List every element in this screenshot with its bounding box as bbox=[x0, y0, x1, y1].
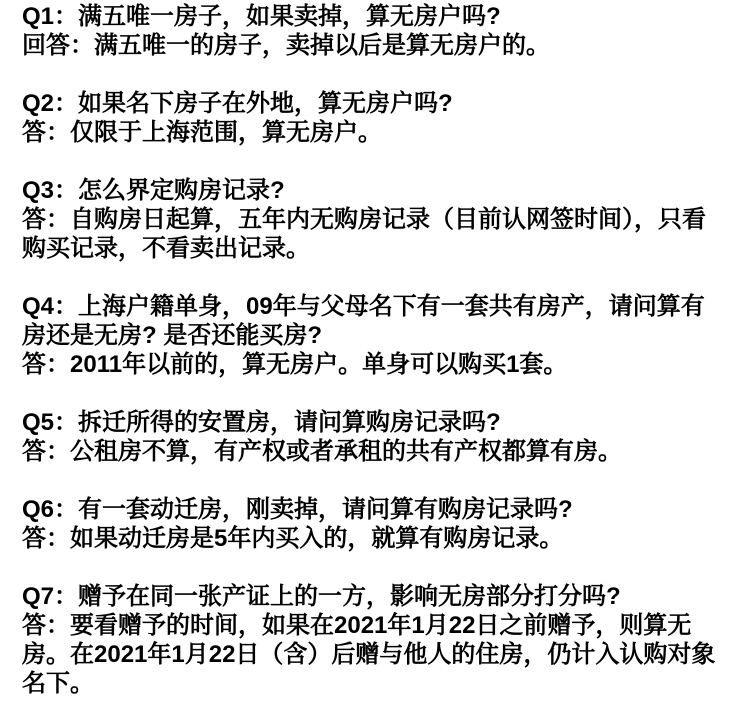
qa-block: Q7：赠予在同一张产证上的一方，影响无房部分打分吗? 答：要看赠予的时间，如果在… bbox=[22, 582, 716, 698]
qa-block: Q2：如果名下房子在外地，算无房户吗? 答：仅限于上海范围，算无房户。 bbox=[22, 89, 716, 147]
answer-text: 答：要看赠予的时间，如果在2021年1月22日之前赠予，则算无房。在2021年1… bbox=[22, 611, 716, 698]
question-text: Q3：怎么界定购房记录? bbox=[22, 176, 716, 205]
question-text: Q1：满五唯一房子，如果卖掉，算无房户吗? bbox=[22, 2, 716, 31]
answer-text: 答：仅限于上海范围，算无房户。 bbox=[22, 118, 716, 147]
qa-block: Q6：有一套动迁房，刚卖掉，请问算有购房记录吗? 答：如果动迁房是5年内买入的，… bbox=[22, 495, 716, 553]
qa-block: Q3：怎么界定购房记录? 答：自购房日起算，五年内无购房记录（目前认网签时间），… bbox=[22, 176, 716, 263]
answer-text: 答：自购房日起算，五年内无购房记录（目前认网签时间），只看购买记录，不看卖出记录… bbox=[22, 205, 716, 263]
qa-block: Q4：上海户籍单身，09年与父母名下有一套共有房产，请问算有房还是无房? 是否还… bbox=[22, 292, 716, 379]
question-text: Q2：如果名下房子在外地，算无房户吗? bbox=[22, 89, 716, 118]
answer-text: 答：公租房不算，有产权或者承租的共有产权都算有房。 bbox=[22, 437, 716, 466]
qa-document: Q1：满五唯一房子，如果卖掉，算无房户吗? 回答：满五唯一的房子，卖掉以后是算无… bbox=[0, 0, 740, 728]
answer-text: 回答：满五唯一的房子，卖掉以后是算无房户的。 bbox=[22, 31, 716, 60]
qa-block: Q5：拆迁所得的安置房，请问算购房记录吗? 答：公租房不算，有产权或者承租的共有… bbox=[22, 408, 716, 466]
question-text: Q7：赠予在同一张产证上的一方，影响无房部分打分吗? bbox=[22, 582, 716, 611]
answer-text: 答：2011年以前的，算无房户。单身可以购买1套。 bbox=[22, 350, 716, 379]
question-text: Q4：上海户籍单身，09年与父母名下有一套共有房产，请问算有房还是无房? 是否还… bbox=[22, 292, 716, 350]
answer-text: 答：如果动迁房是5年内买入的，就算有购房记录。 bbox=[22, 524, 716, 553]
question-text: Q6：有一套动迁房，刚卖掉，请问算有购房记录吗? bbox=[22, 495, 716, 524]
question-text: Q5：拆迁所得的安置房，请问算购房记录吗? bbox=[22, 408, 716, 437]
qa-block: Q1：满五唯一房子，如果卖掉，算无房户吗? 回答：满五唯一的房子，卖掉以后是算无… bbox=[22, 2, 716, 60]
